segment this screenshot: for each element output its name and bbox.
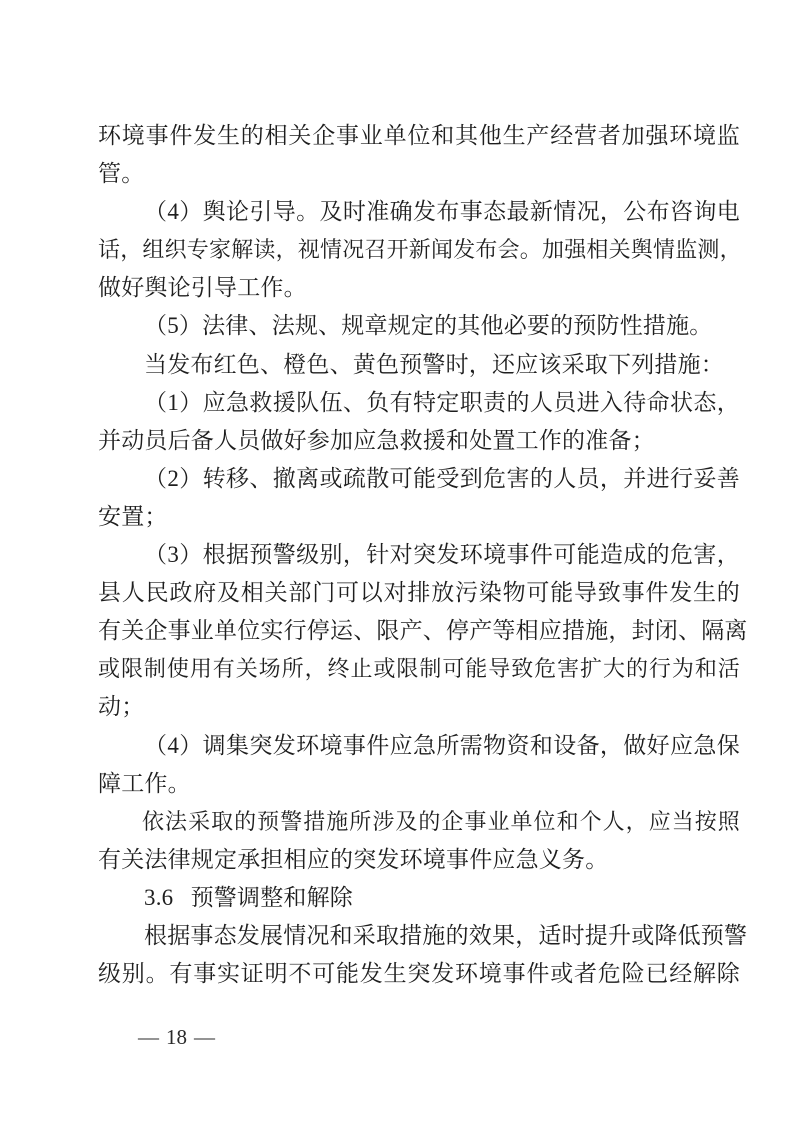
- text-line: 障工作。: [98, 765, 740, 803]
- text-line: 依法采取的预警措施所涉及的企事业单位和个人，应当按照: [98, 803, 740, 841]
- text-line: 当发布红色、橙色、黄色预警时，还应该采取下列措施：: [98, 346, 740, 384]
- text-line: 做好舆论引导工作。: [98, 269, 740, 307]
- text-line: 或限制使用有关场所，终止或限制可能导致危害扩大的行为和活: [98, 650, 740, 688]
- text-line: 话，组织专家解读，视情况召开新闻发布会。加强相关舆情监测，: [98, 231, 740, 269]
- page-footer: —18—: [117, 998, 215, 1024]
- section-heading: 3.6预警调整和解除: [98, 879, 740, 917]
- document-body: 环境事件发生的相关企事业单位和其他生产经营者加强环境监 管。 （4）舆论引导。及…: [98, 117, 740, 993]
- footer-right-dash: —: [194, 1025, 215, 1049]
- page-number: 18: [166, 1025, 187, 1049]
- section-number: 3.6: [144, 885, 173, 910]
- text-line: 环境事件发生的相关企事业单位和其他生产经营者加强环境监: [98, 117, 740, 155]
- text-line: （4）调集突发环境事件应急所需物资和设备，做好应急保: [98, 727, 740, 765]
- text-line: （3）根据预警级别，针对突发环境事件可能造成的危害，: [98, 536, 740, 574]
- text-line: 有关法律规定承担相应的突发环境事件应急义务。: [98, 841, 740, 879]
- section-title: 预警调整和解除: [191, 885, 353, 910]
- text-line: （5）法律、法规、规章规定的其他必要的预防性措施。: [98, 307, 740, 345]
- text-line: （1）应急救援队伍、负有特定职责的人员进入待命状态，: [98, 384, 740, 422]
- text-line: （2）转移、撤离或疏散可能受到危害的人员，并进行妥善: [98, 460, 740, 498]
- text-line: 级别。有事实证明不可能发生突发环境事件或者危险已经解除: [98, 955, 740, 993]
- text-line: 安置；: [98, 498, 740, 536]
- text-line: 县人民政府及相关部门可以对排放污染物可能导致事件发生的: [98, 574, 740, 612]
- text-line: 根据事态发展情况和采取措施的效果，适时提升或降低预警: [98, 917, 740, 955]
- text-line: 动；: [98, 688, 740, 726]
- text-line: （4）舆论引导。及时准确发布事态最新情况，公布咨询电: [98, 193, 740, 231]
- text-line: 有关企事业单位实行停运、限产、停产等相应措施，封闭、隔离: [98, 612, 740, 650]
- text-line: 管。: [98, 155, 740, 193]
- text-line: 并动员后备人员做好参加应急救援和处置工作的准备；: [98, 422, 740, 460]
- footer-left-dash: —: [138, 1025, 159, 1049]
- document-page: 环境事件发生的相关企事业单位和其他生产经营者加强环境监 管。 （4）舆论引导。及…: [0, 0, 793, 1122]
